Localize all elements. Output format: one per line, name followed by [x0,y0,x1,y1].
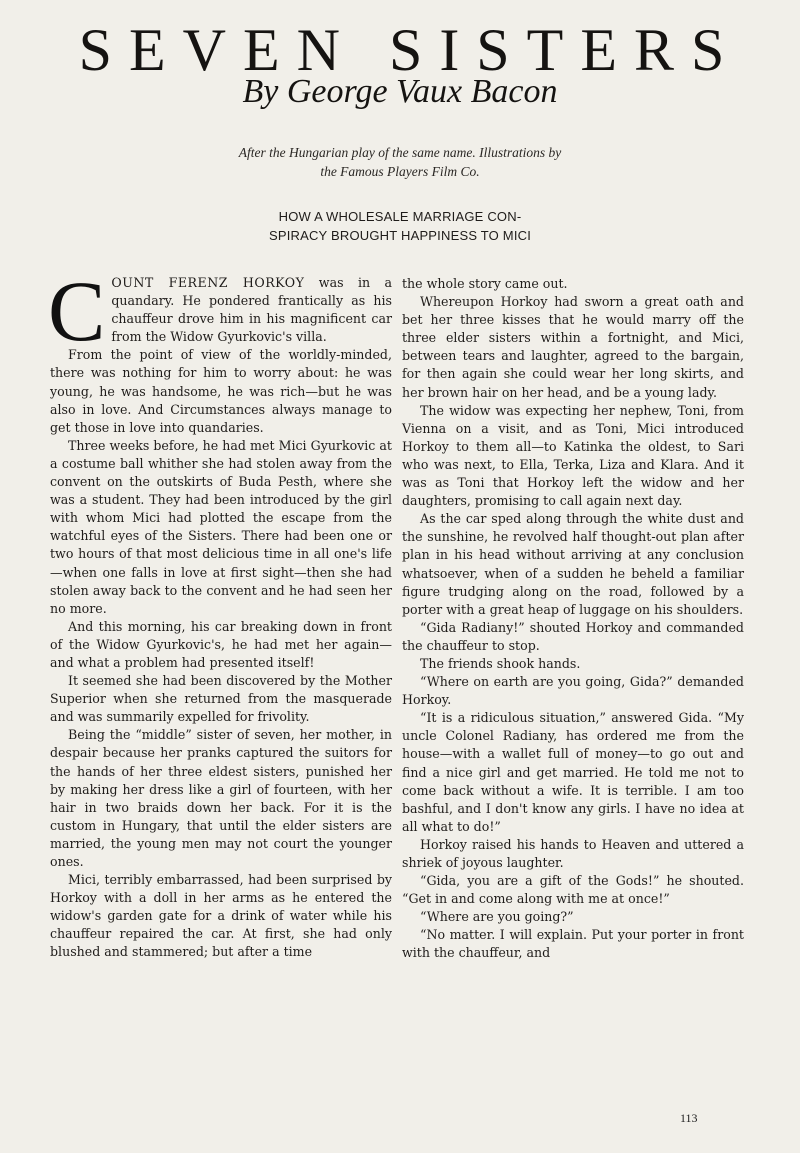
paragraph: From the point of view of the worldly-mi… [50,346,392,436]
paragraph: “Gida Radiany!” shouted Horkoy and comma… [402,619,744,655]
paragraph: As the car sped along through the white … [402,510,744,619]
paragraph: It seemed she had been discovered by the… [50,672,392,726]
paragraph: “Where are you going?” [402,908,744,926]
subheading-line-2: SPIRACY BROUGHT HAPPINESS TO MICI [200,226,600,245]
subheading-line-1: HOW A WHOLESALE MARRIAGE CON- [200,207,600,226]
paragraph: “Gida, you are a gift of the Gods!” he s… [402,872,744,908]
paragraph: The widow was expecting her nephew, Toni… [402,402,744,511]
right-column: the whole story came out. Whereupon Hork… [402,275,744,963]
paragraph: Three weeks before, he had met Mici Gyur… [50,437,392,618]
left-column: COUNT FERENZ HORKOY was in a quandary. H… [50,274,392,962]
source-note-line-1: After the Hungarian play of the same nam… [150,143,650,162]
paragraph: Being the “middle” sister of seven, her … [50,726,392,871]
source-note-line-2: the Famous Players Film Co. [150,162,650,181]
paragraph: And this morning, his car breaking down … [50,618,392,672]
page-number: 113 [680,1111,698,1126]
paragraph: The friends shook hands. [402,655,744,673]
paragraph: “No matter. I will explain. Put your por… [402,926,744,962]
author-byline: By George Vaux Bacon [0,72,800,112]
paragraph: Mici, terribly embarrassed, had been sur… [50,871,392,961]
paragraph: Whereupon Horkoy had sworn a great oath … [402,293,744,402]
paragraph: “It is a ridiculous situation,” answered… [402,709,744,836]
paragraph: “Where on earth are you going, Gida?” de… [402,673,744,709]
lead-in-caps: OUNT FERENZ HORKOY [111,275,304,290]
paragraph: COUNT FERENZ HORKOY was in a quandary. H… [50,274,392,346]
article-subheading: HOW A WHOLESALE MARRIAGE CON- SPIRACY BR… [200,207,600,245]
source-note: After the Hungarian play of the same nam… [150,143,650,181]
paragraph: Horkoy raised his hands to Heaven and ut… [402,836,744,872]
magazine-page: SEVEN SISTERS By George Vaux Bacon After… [0,0,800,1153]
drop-cap: C [48,274,105,344]
paragraph: the whole story came out. [402,275,744,293]
